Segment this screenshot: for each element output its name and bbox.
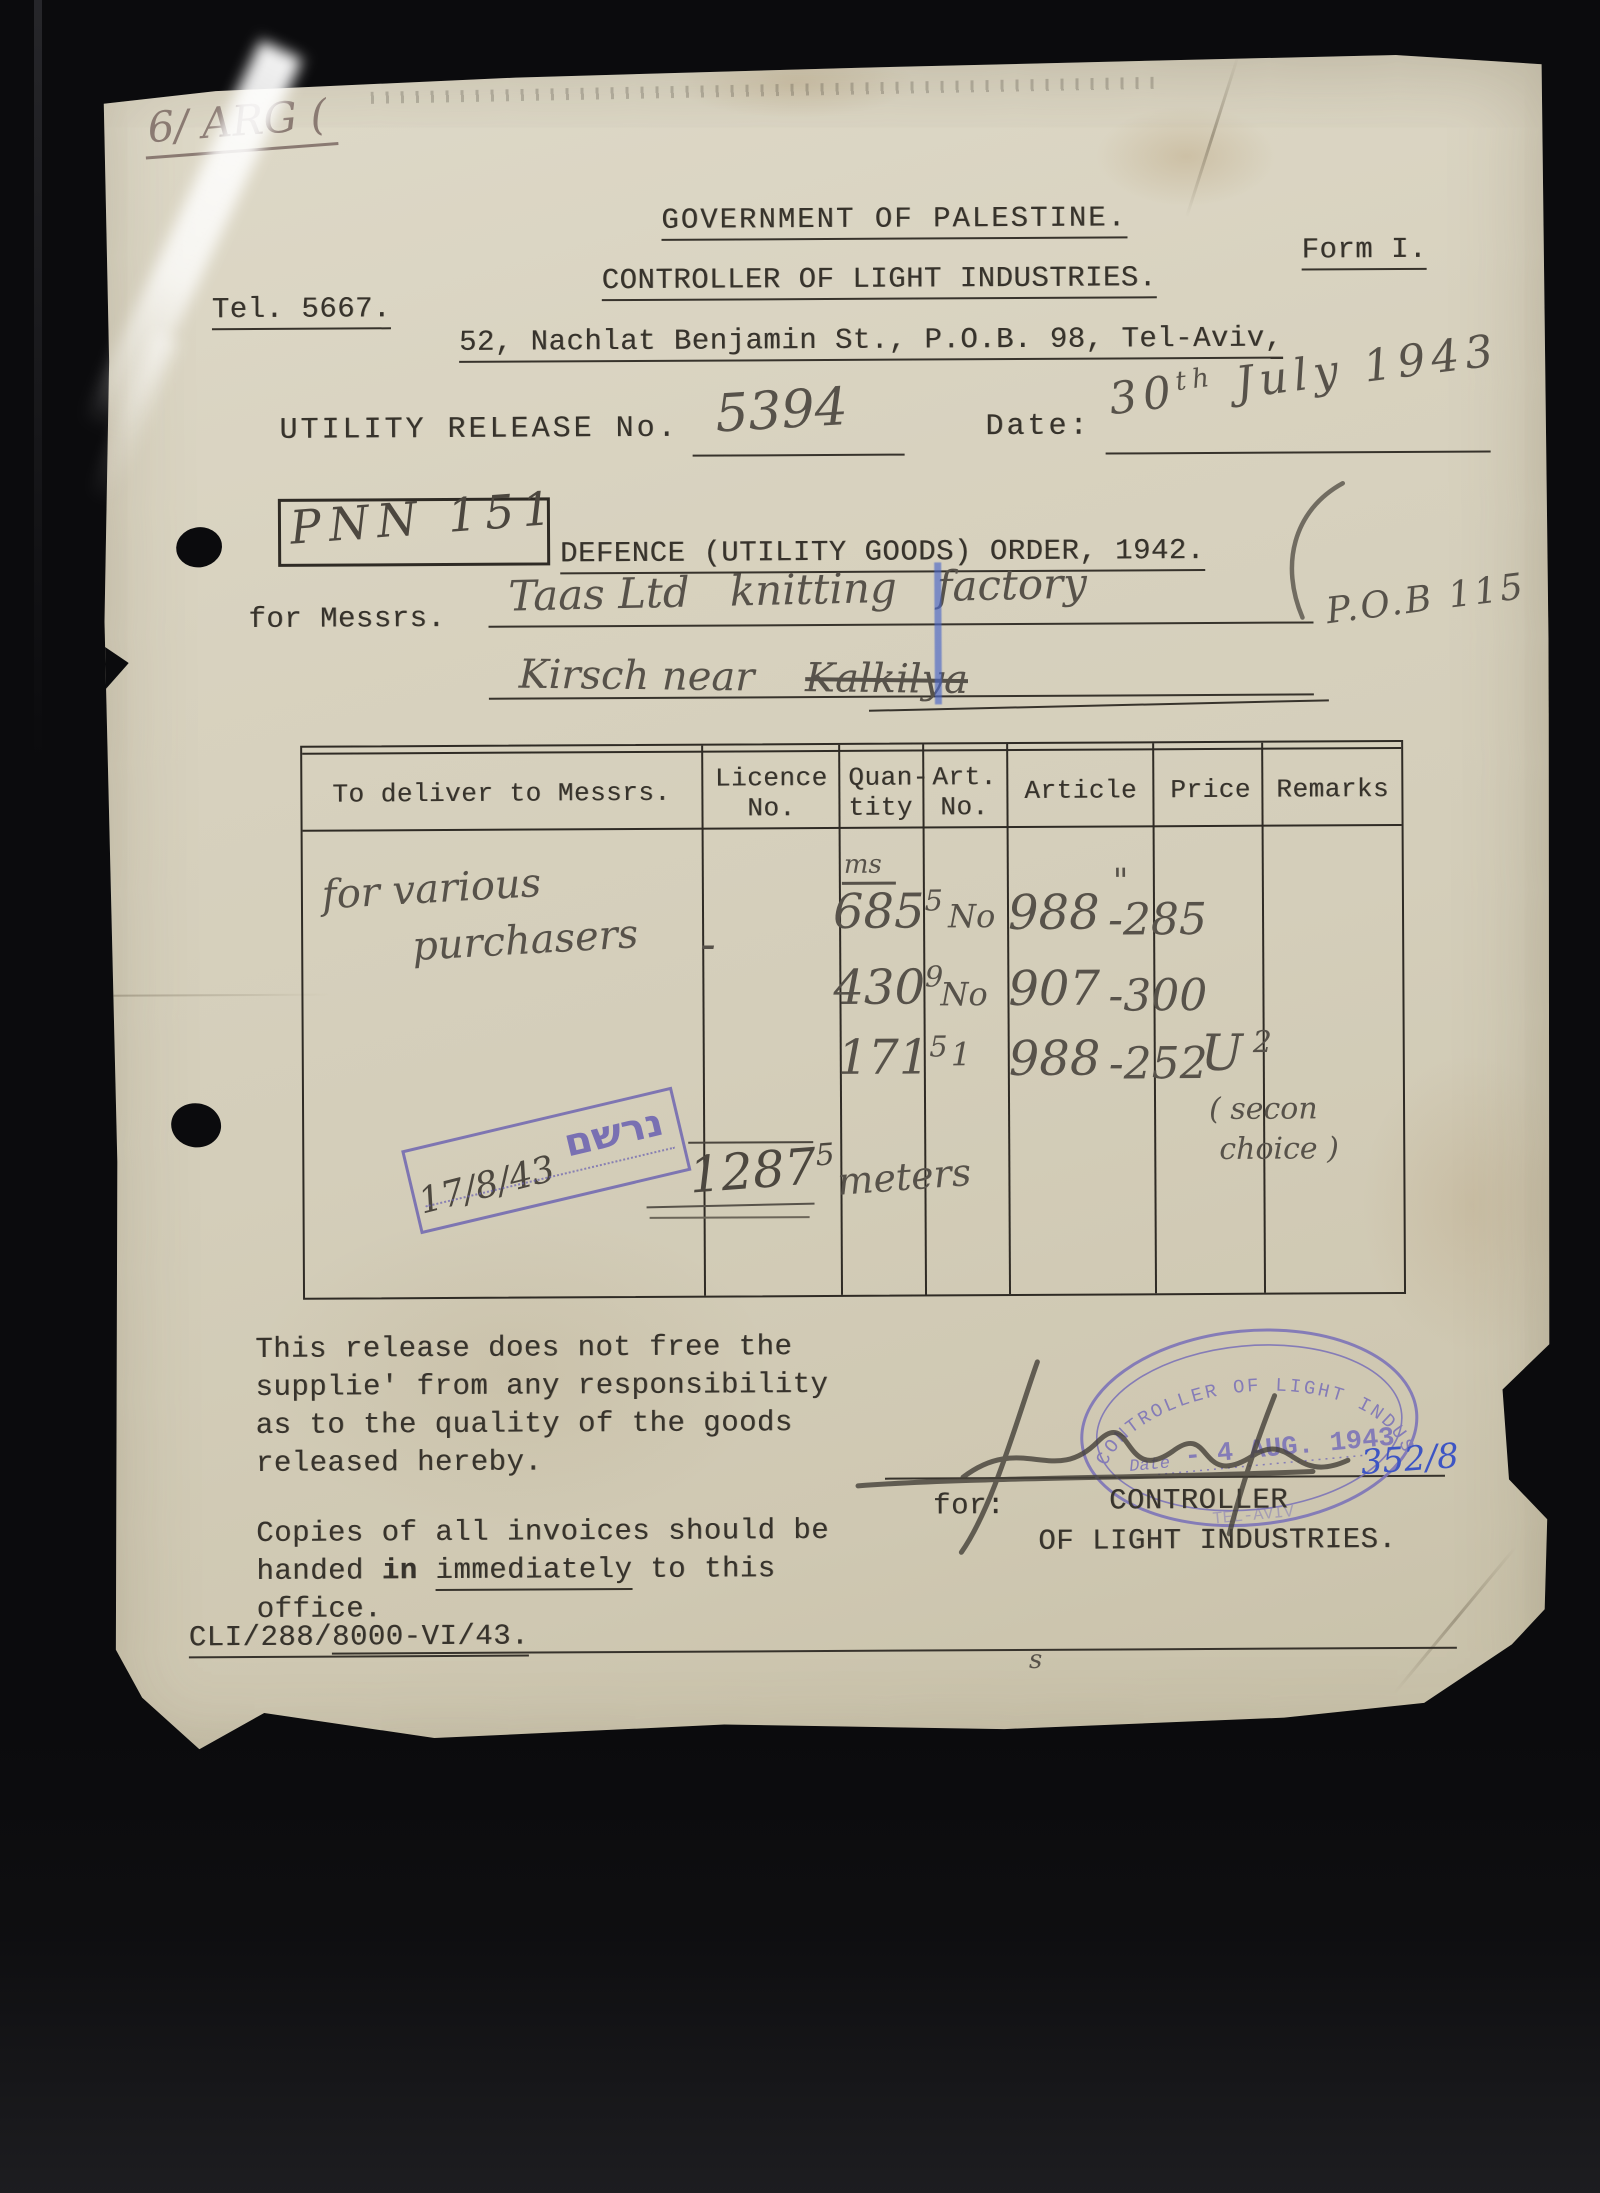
document-paper: 6/ ARG ( GOVERNMENT OF PALESTINE. Form I… [96, 54, 1555, 1762]
release-label: UTILITY RELEASE No. [279, 412, 678, 448]
qty-row1: 6855 [833, 883, 943, 940]
release-note-line4: released hereby. [256, 1445, 543, 1479]
date-label: Date: [985, 410, 1090, 445]
release-note-line1: This release does not free the [255, 1330, 792, 1366]
col-header-remarks: Remarks [1276, 774, 1389, 805]
table-header-bottom-line [303, 824, 1402, 832]
release-number-handwritten: 5394 [714, 377, 850, 445]
pencil-signature [842, 1335, 1443, 1578]
remarks-secon: ( secon [1209, 1091, 1318, 1127]
bottom-small-mark: s [1029, 1645, 1043, 1675]
address-line: 52, Nachlat Benjamin St., P.O.B. 98, Tel… [459, 322, 1283, 359]
corner-pencil-note: 6/ ARG ( [142, 89, 339, 159]
release-note-line3: as to the quality of the goods [256, 1406, 793, 1442]
artno-row3: 1 [951, 1035, 972, 1073]
telephone: Tel. 5667. [212, 292, 391, 326]
invoices-note-line1: Copies of all invoices should be [256, 1514, 829, 1550]
invoices-note-line2: handed in immediately to this [256, 1552, 775, 1588]
file-reference: CLI/288/8000-VI/43. [189, 1620, 529, 1655]
form-number: Form I. [1301, 233, 1426, 267]
col-header-quantity: Quan-tity [848, 763, 912, 823]
remarks-choice: choice ) [1219, 1131, 1339, 1167]
quantity-unit-note: ms [842, 850, 896, 885]
article-row1: 988 [1008, 885, 1100, 941]
messrs-label: for Messrs. [248, 602, 445, 636]
album-page-edge [34, 0, 42, 760]
dept-title: CONTROLLER OF LIGHT INDUSTRIES. [602, 261, 1157, 297]
release-note-line2: supplie' from any responsibility [255, 1368, 828, 1404]
licence-dash: - [700, 917, 716, 971]
date-line [1106, 451, 1491, 455]
gov-title: GOVERNMENT OF PALESTINE. [661, 201, 1127, 236]
edge-tear-notch [95, 640, 129, 692]
release-number-line [693, 454, 905, 458]
col-header-deliver: To deliver to Messrs. [332, 778, 670, 810]
article-row2: 907 [1008, 961, 1100, 1017]
paper-crease [100, 994, 330, 997]
pencil-flourish [1268, 475, 1359, 625]
paper-crease [1185, 55, 1240, 218]
article-row3: 988 [1009, 1031, 1101, 1087]
punch-hole-bottom [168, 1100, 223, 1150]
punch-hole-top [173, 523, 225, 571]
price-row2: -300 [1108, 970, 1207, 1022]
price-row3: -252 [1109, 1038, 1208, 1090]
table-double-top-line [302, 747, 1401, 755]
price-row1: -285 [1108, 894, 1207, 946]
artno-row2: No [940, 975, 987, 1013]
blue-ink-streak [934, 562, 942, 704]
qty-row3: 1715 [838, 1029, 948, 1086]
col-header-article: Article [1024, 775, 1137, 806]
photo-canvas: 6/ ARG ( GOVERNMENT OF PALESTINE. Form I… [0, 0, 1600, 2193]
messrs-handwritten-2: Kirsch near Kalkilya [518, 652, 968, 703]
paper-stain [1096, 106, 1277, 207]
qty-row2: 4309 [833, 959, 943, 1016]
registered-hebrew-text: נרשם [560, 1100, 668, 1166]
col-header-price: Price [1170, 775, 1251, 805]
artno-row1: No [948, 897, 995, 935]
album-page-sheen [0, 1733, 1600, 2193]
messrs-line-1 [489, 621, 1314, 628]
col-header-artno: Art.No. [932, 762, 996, 822]
remarks-row3: U 2 [1201, 1024, 1273, 1082]
col-header-licence: LicenceNo. [714, 763, 828, 824]
deckled-top-edge [371, 77, 1161, 104]
total-handwritten: 12875 [687, 1136, 837, 1205]
